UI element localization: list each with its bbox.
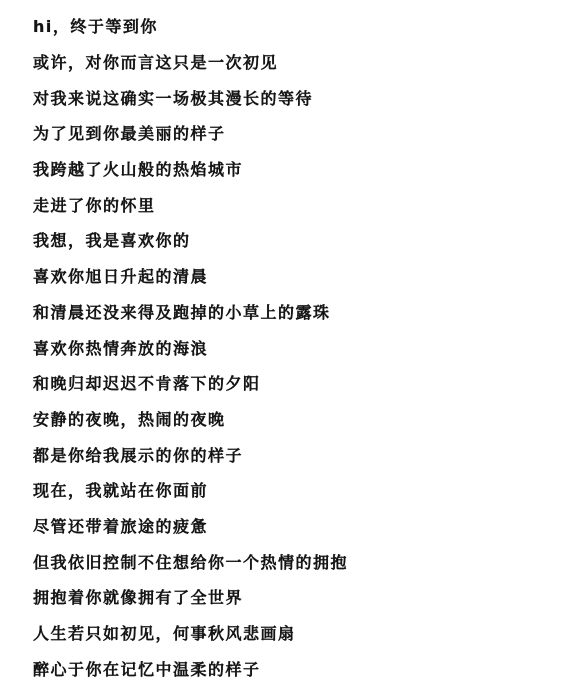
text-line-12: 安静的夜晚，热闹的夜晚 — [33, 401, 558, 437]
text-line-7: 我想，我是喜欢你的 — [33, 222, 558, 258]
text-line-16: 但我依旧控制不住想给你一个热情的拥抱 — [33, 543, 558, 579]
text-line-19: 醉心于你在记忆中温柔的样子 — [33, 650, 558, 685]
text-line-18: 人生若只如初见，何事秋风悲画扇 — [33, 615, 558, 651]
text-line-10: 喜欢你热情奔放的海浪 — [33, 329, 558, 365]
text-line-8: 喜欢你旭日升起的清晨 — [33, 258, 558, 294]
text-line-15: 尽管还带着旅途的疲惫 — [33, 508, 558, 544]
text-line-6: 走进了你的怀里 — [33, 186, 558, 222]
text-line-1: hi，终于等到你 — [33, 8, 558, 44]
text-line-17: 拥抱着你就像拥有了全世界 — [33, 579, 558, 615]
poem-document: hi，终于等到你 或许，对你而言这只是一次初见 对我来说这确实一场极其漫长的等待… — [33, 8, 558, 685]
text-line-11: 和晚归却迟迟不肯落下的夕阳 — [33, 365, 558, 401]
poem-page: hi，终于等到你 或许，对你而言这只是一次初见 对我来说这确实一场极其漫长的等待… — [0, 0, 568, 685]
text-line-3: 对我来说这确实一场极其漫长的等待 — [33, 79, 558, 115]
text-line-13: 都是你给我展示的你的样子 — [33, 436, 558, 472]
text-line-5: 我跨越了火山般的热焰城市 — [33, 151, 558, 187]
text-line-4: 为了见到你最美丽的样子 — [33, 115, 558, 151]
text-line-9: 和清晨还没来得及跑掉的小草上的露珠 — [33, 294, 558, 330]
text-line-14: 现在，我就站在你面前 — [33, 472, 558, 508]
text-line-2: 或许，对你而言这只是一次初见 — [33, 44, 558, 80]
